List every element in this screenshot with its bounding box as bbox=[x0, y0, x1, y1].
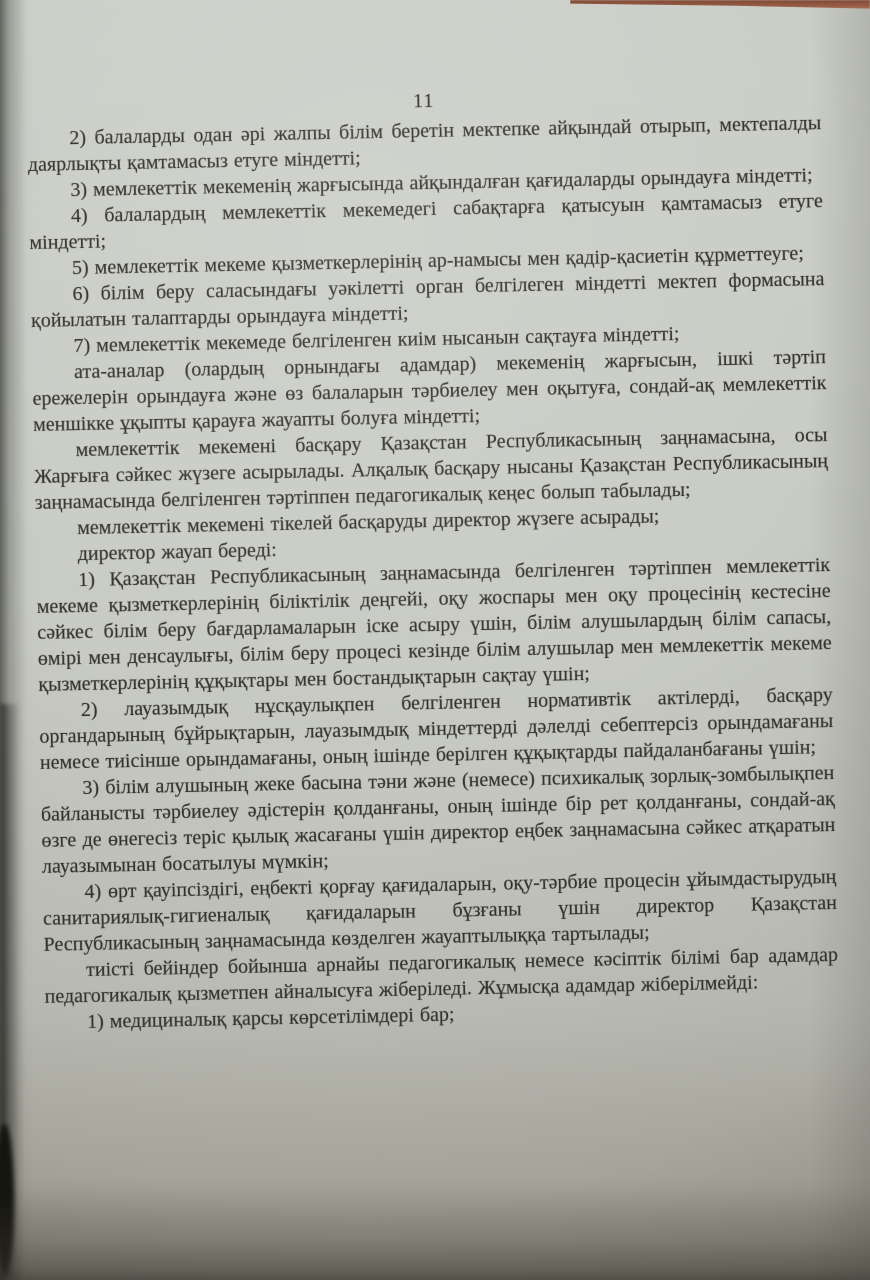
document-body: 2) балаларды одан әрі жалпы білім береті… bbox=[27, 110, 839, 1036]
bottom-shadow bbox=[0, 1190, 870, 1280]
paragraph: 3) білім алушының жеке басына тәни және … bbox=[40, 760, 836, 880]
photo-frame: 11 2) балаларды одан әрі жалпы білім бер… bbox=[0, 0, 870, 1280]
paragraph: 1) Қазақстан Республикасының заңнамасынд… bbox=[36, 552, 832, 698]
document-page: 11 2) балаларды одан әрі жалпы білім бер… bbox=[27, 80, 840, 1036]
table-edge-top-right bbox=[570, 0, 870, 12]
